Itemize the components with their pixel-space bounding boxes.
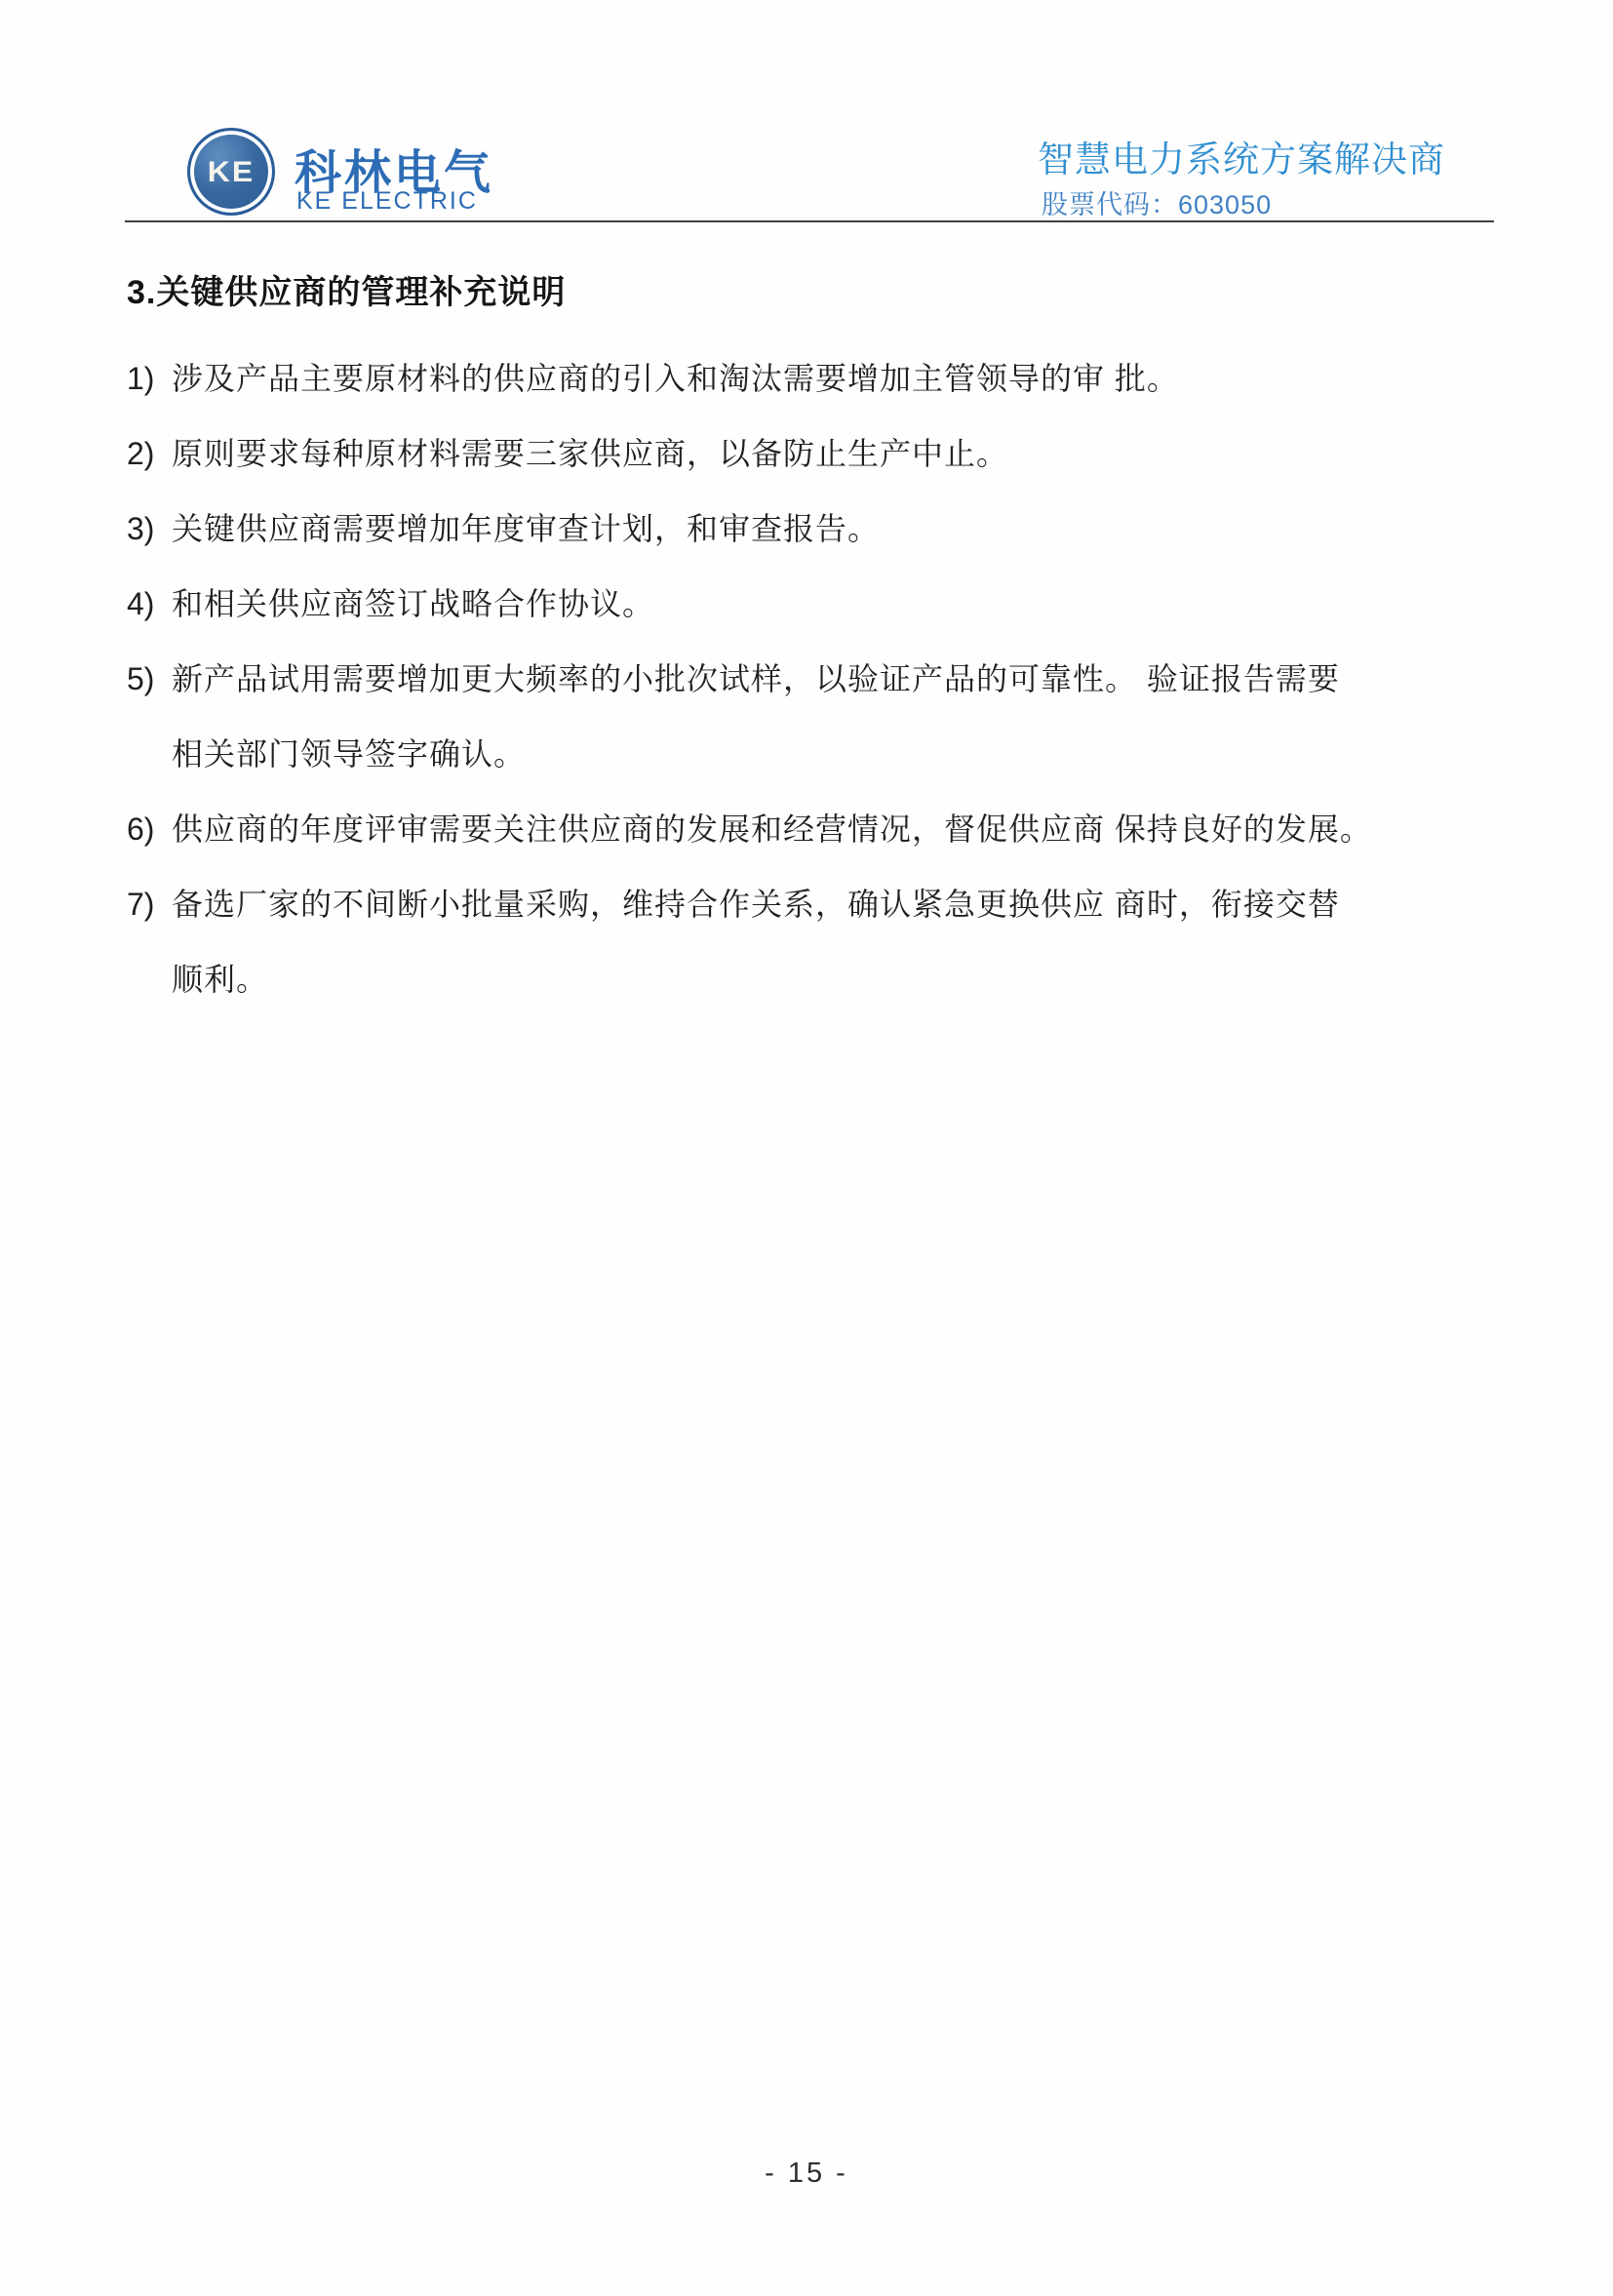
text-line: 顺利。 bbox=[172, 942, 1494, 1017]
logo-monogram: KE bbox=[208, 155, 255, 188]
list-item-text: 新产品试用需要增加更大频率的小批次试样，以验证产品的可靠性。 验证报告需要 相关… bbox=[172, 642, 1494, 792]
list-item: 1) 涉及产品主要原材料的供应商的引入和淘汰需要增加主管领导的审 批。 bbox=[127, 341, 1494, 416]
brand-name-english: KE ELECTRIC bbox=[296, 187, 478, 216]
text-line: 供应商的年度评审需要关注供应商的发展和经营情况，督促供应商 保持良好的发展。 bbox=[172, 792, 1494, 867]
list-item-text: 备选厂家的不间断小批量采购，维持合作关系，确认紧急更换供应 商时，衔接交替 顺利… bbox=[172, 867, 1494, 1017]
list-item-number: 7) bbox=[127, 867, 172, 942]
text-line: 和相关供应商签订战略合作协议。 bbox=[172, 567, 1494, 642]
section-title: 3.关键供应商的管理补充说明 bbox=[127, 271, 1494, 314]
header-divider bbox=[125, 220, 1494, 222]
list-item-number: 1) bbox=[127, 341, 172, 416]
document-page: KE 科林电气 KE ELECTRIC 智慧电力系统方案解决商 股票代码：603… bbox=[0, 0, 1613, 2296]
page-header: KE 科林电气 KE ELECTRIC 智慧电力系统方案解决商 股票代码：603… bbox=[0, 0, 1613, 234]
list-item: 2) 原则要求每种原材料需要三家供应商，以备防止生产中止。 bbox=[127, 416, 1494, 492]
document-body: 3.关键供应商的管理补充说明 1) 涉及产品主要原材料的供应商的引入和淘汰需要增… bbox=[127, 271, 1494, 1017]
list-item-text: 供应商的年度评审需要关注供应商的发展和经营情况，督促供应商 保持良好的发展。 bbox=[172, 792, 1494, 867]
list-item-number: 2) bbox=[127, 416, 172, 492]
list-item-text: 关键供应商需要增加年度审查计划，和审查报告。 bbox=[172, 492, 1494, 567]
list-item: 7) 备选厂家的不间断小批量采购，维持合作关系，确认紧急更换供应 商时，衔接交替… bbox=[127, 867, 1494, 1017]
list-item-text: 和相关供应商签订战略合作协议。 bbox=[172, 567, 1494, 642]
text-line: 新产品试用需要增加更大频率的小批次试样，以验证产品的可靠性。 验证报告需要 bbox=[172, 642, 1494, 717]
list-item-text: 原则要求每种原材料需要三家供应商，以备防止生产中止。 bbox=[172, 416, 1494, 492]
list-item-number: 6) bbox=[127, 792, 172, 867]
list-item: 5) 新产品试用需要增加更大频率的小批次试样，以验证产品的可靠性。 验证报告需要… bbox=[127, 642, 1494, 792]
page-footer: - 15 - bbox=[0, 2157, 1613, 2190]
text-line: 涉及产品主要原材料的供应商的引入和淘汰需要增加主管领导的审 批。 bbox=[172, 341, 1494, 416]
text-line: 原则要求每种原材料需要三家供应商，以备防止生产中止。 bbox=[172, 416, 1494, 492]
list-item-number: 3) bbox=[127, 492, 172, 567]
company-tagline: 智慧电力系统方案解决商 bbox=[1038, 130, 1445, 182]
numbered-list: 1) 涉及产品主要原材料的供应商的引入和淘汰需要增加主管领导的审 批。 2) 原… bbox=[127, 341, 1494, 1017]
company-logo-icon: KE bbox=[187, 128, 275, 216]
list-item: 4) 和相关供应商签订战略合作协议。 bbox=[127, 567, 1494, 642]
list-item-number: 5) bbox=[127, 642, 172, 717]
text-line: 备选厂家的不间断小批量采购，维持合作关系，确认紧急更换供应 商时，衔接交替 bbox=[172, 867, 1494, 942]
page-number: - 15 - bbox=[765, 2157, 848, 2189]
stock-code: 股票代码：603050 bbox=[1042, 183, 1272, 221]
text-line: 关键供应商需要增加年度审查计划，和审查报告。 bbox=[172, 492, 1494, 567]
list-item-number: 4) bbox=[127, 567, 172, 642]
list-item-text: 涉及产品主要原材料的供应商的引入和淘汰需要增加主管领导的审 批。 bbox=[172, 341, 1494, 416]
list-item: 3) 关键供应商需要增加年度审查计划，和审查报告。 bbox=[127, 492, 1494, 567]
list-item: 6) 供应商的年度评审需要关注供应商的发展和经营情况，督促供应商 保持良好的发展… bbox=[127, 792, 1494, 867]
text-line: 相关部门领导签字确认。 bbox=[172, 717, 1494, 792]
